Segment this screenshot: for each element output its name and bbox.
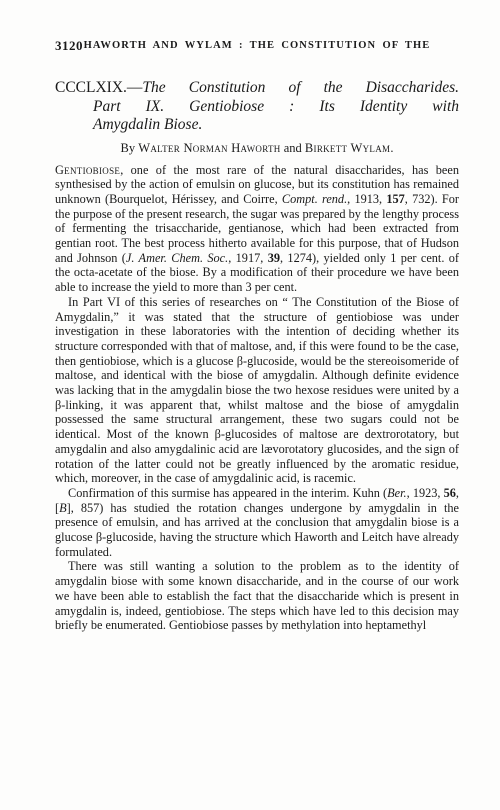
title-line-1: CCCLXIX.—The Constitution of the Disacch… (55, 79, 459, 98)
page-number: 3120 (55, 38, 83, 54)
paragraph-3: Confirmation of this surmise has appeare… (55, 486, 459, 560)
text-column: 3120 HAWORTH AND WYLAM : THE CONSTITUTIO… (55, 0, 459, 633)
paragraph-4: There was still wanting a solution to th… (55, 559, 459, 633)
title-line-3: Amygdalin Biose. (55, 116, 459, 135)
running-title: HAWORTH AND WYLAM : THE CONSTITUTION OF … (55, 40, 459, 51)
byline: By Walter Norman Haworth and Birkett Wyl… (55, 140, 459, 156)
article-body: Gentiobiose, one of the most rare of the… (55, 163, 459, 634)
title-line-2: Part IX. Gentiobiose : Its Identity with (55, 98, 459, 117)
page-header: 3120 HAWORTH AND WYLAM : THE CONSTITUTIO… (55, 40, 459, 54)
paragraph-2: In Part VI of this series of researches … (55, 295, 459, 486)
article-title: CCCLXIX.—The Constitution of the Disacch… (55, 79, 459, 135)
journal-page: 3120 HAWORTH AND WYLAM : THE CONSTITUTIO… (0, 0, 500, 810)
paragraph-1: Gentiobiose, one of the most rare of the… (55, 163, 459, 295)
